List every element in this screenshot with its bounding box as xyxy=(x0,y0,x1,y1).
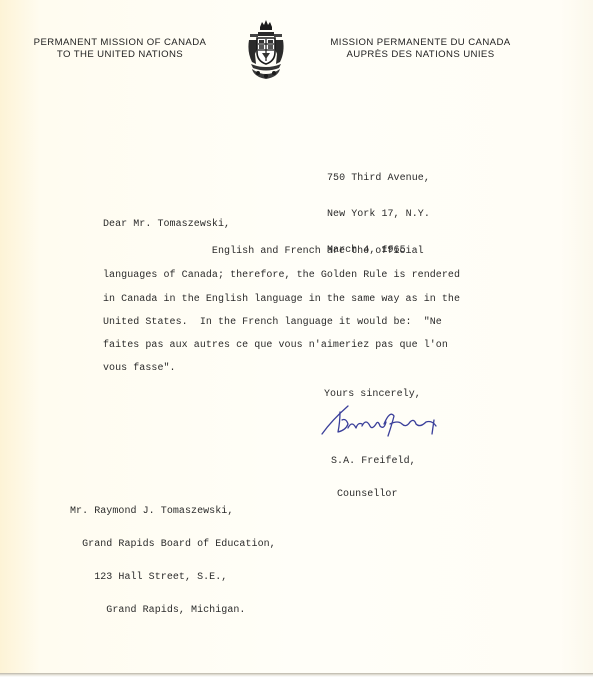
signer-title: Counsellor xyxy=(331,489,416,500)
recipient-line3: 123 Hall Street, S.E., xyxy=(70,572,276,583)
letterhead-english: PERMANENT MISSION OF CANADA TO THE UNITE… xyxy=(25,37,215,61)
signer-block: S.A. Freifeld, Counsellor xyxy=(331,434,416,511)
letterhead-french: MISSION PERMANENTE DU CANADA AUPRÈS DES … xyxy=(318,37,523,61)
handwritten-signature-icon xyxy=(318,402,448,438)
body-line: United States. In the French language it… xyxy=(103,318,442,329)
body-line: English and French are the official xyxy=(103,247,424,258)
letterhead-french-line1: MISSION PERMANENTE DU CANADA xyxy=(318,37,523,49)
signer-name: S.A. Freifeld, xyxy=(331,456,416,467)
page-bottom-edge xyxy=(0,673,593,680)
recipient-line1: Mr. Raymond J. Tomaszewski, xyxy=(70,506,276,517)
sender-address-line1: 750 Third Avenue, xyxy=(327,173,430,185)
letterhead-english-line1: PERMANENT MISSION OF CANADA xyxy=(25,37,215,49)
body-line: languages of Canada; therefore, the Gold… xyxy=(103,271,460,282)
body-line: in Canada in the English language in the… xyxy=(103,295,460,306)
recipient-line4: Grand Rapids, Michigan. xyxy=(70,605,276,616)
body-line: vous fasse". xyxy=(103,364,176,375)
letterhead-english-line2: TO THE UNITED NATIONS xyxy=(25,49,215,61)
recipient-address: Mr. Raymond J. Tomaszewski, Grand Rapids… xyxy=(70,484,276,627)
sender-address-line2: New York 17, N.Y. xyxy=(327,209,430,221)
coat-of-arms-icon xyxy=(246,18,286,82)
letterhead-french-line2: AUPRÈS DES NATIONS UNIES xyxy=(318,49,523,61)
salutation: Dear Mr. Tomaszewski, xyxy=(103,220,230,231)
complimentary-close: Yours sincerely, xyxy=(324,390,421,401)
body-line: faites pas aux autres ce que vous n'aime… xyxy=(103,341,448,352)
recipient-line2: Grand Rapids Board of Education, xyxy=(70,539,276,550)
